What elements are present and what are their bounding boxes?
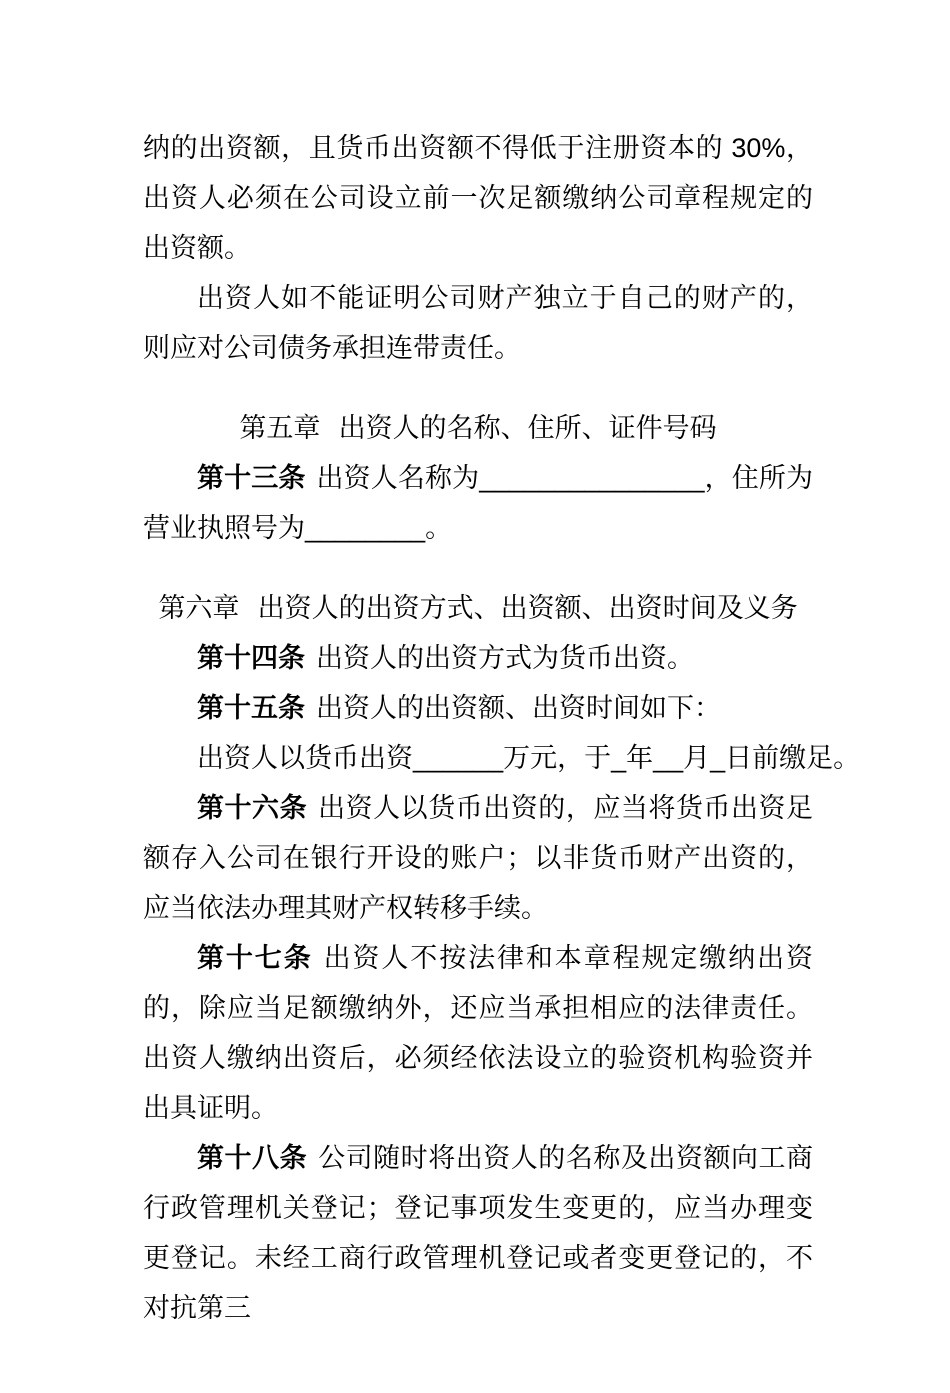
document-page: 纳的出资额，且货币出资额不得低于注册资本的 30%，出资人必须在公司设立前一次足… bbox=[0, 0, 950, 1393]
blank-fill-line: 出资人以货币出资______万元，于_年__月_日前缴足。 bbox=[143, 733, 813, 783]
article-number: 第十三条 bbox=[197, 463, 306, 493]
article-number: 第十八条 bbox=[197, 1143, 307, 1173]
article-number: 第十六条 bbox=[197, 793, 307, 823]
article-number: 第十七条 bbox=[197, 943, 313, 973]
article-number: 第十四条 bbox=[197, 643, 305, 673]
article-text: 出资人的出资方式为货币出资。 bbox=[316, 643, 694, 673]
article-text: 出资人的出资额、出资时间如下： bbox=[316, 693, 721, 723]
article-paragraph-17: 第十七条出资人不按法律和本章程规定缴纳出资的，除应当足额缴纳外，还应当承担相应的… bbox=[143, 933, 813, 1133]
chapter-heading-5: 第五章 出资人的名称、住所、证件号码 bbox=[143, 403, 813, 453]
paragraph-continuation: 纳的出资额，且货币出资额不得低于注册资本的 30%，出资人必须在公司设立前一次足… bbox=[143, 123, 813, 273]
article-paragraph-14: 第十四条出资人的出资方式为货币出资。 bbox=[143, 633, 813, 683]
article-number: 第十五条 bbox=[197, 693, 305, 723]
article-paragraph-16: 第十六条出资人以货币出资的，应当将货币出资足额存入公司在银行开设的账户；以非货币… bbox=[143, 783, 813, 933]
paragraph: 出资人如不能证明公司财产独立于自己的财产的，则应对公司债务承担连带责任。 bbox=[143, 273, 813, 373]
article-paragraph-13: 第十三条出资人名称为_______________，住所为营业执照号为_____… bbox=[143, 453, 813, 553]
article-paragraph-18: 第十八条公司随时将出资人的名称及出资额向工商行政管理机关登记；登记事项发生变更的… bbox=[143, 1133, 813, 1333]
article-paragraph-15: 第十五条出资人的出资额、出资时间如下： bbox=[143, 683, 813, 733]
chapter-heading-6: 第六章 出资人的出资方式、出资额、出资时间及义务 bbox=[143, 583, 813, 633]
